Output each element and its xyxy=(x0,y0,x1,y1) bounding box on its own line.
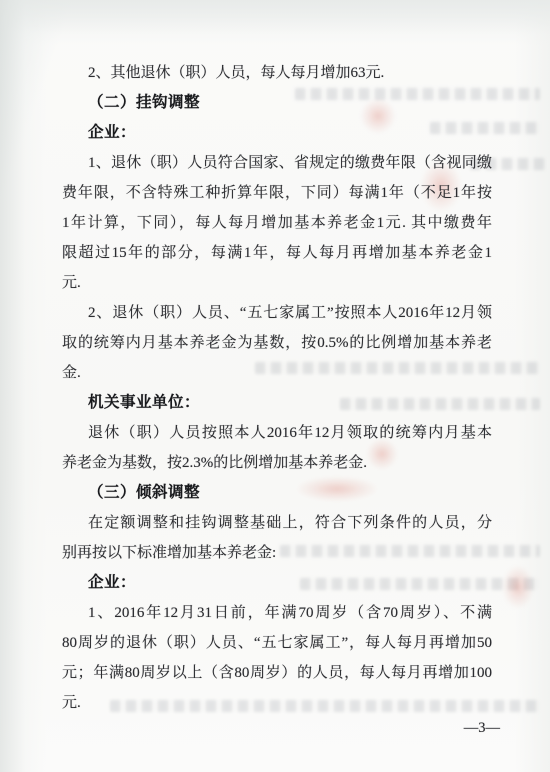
text-line: 取的统筹内月基本养老金为基数，按0.5%的比例增加基本养老 xyxy=(62,328,492,358)
section-heading: 机关事业单位： xyxy=(62,388,492,418)
scanned-document-page: 2、其他退休（职）人员，每人每月增加63元.（二）挂钩调整企业：1、退休（职）人… xyxy=(0,0,550,772)
text-line: 养老金为基数，按2.3%的比例增加基本养老金. xyxy=(62,448,492,478)
scan-shadow-left xyxy=(0,0,46,772)
text-line: 1年计算，下同），每人每月增加基本养老金1元. 其中缴费年 xyxy=(62,208,492,238)
text-line: 别再按以下标准增加基本养老金: xyxy=(62,538,492,568)
text-line: 限超过15年的部分，每满1年，每人每月再增加基本养老金1 xyxy=(62,238,492,268)
text-line: 2、退休（职）人员、“五七家属工”按照本人2016年12月领 xyxy=(62,298,492,328)
text-line: 退休（职）人员按照本人2016年12月领取的统筹内月基本 xyxy=(62,418,492,448)
text-line: 元；年满80周岁以上（含80周岁）的人员，每人每月再增加100 xyxy=(62,658,492,688)
section-heading: （二）挂钩调整 xyxy=(62,88,492,118)
section-heading: 企业： xyxy=(62,118,492,148)
scan-shadow-top xyxy=(0,0,550,34)
text-line: 2、其他退休（职）人员，每人每月增加63元. xyxy=(62,58,492,88)
red-smudge-artifact xyxy=(502,565,534,609)
text-line: 80周岁的退休（职）人员、“五七家属工”，每人每月再增加50 xyxy=(62,628,492,658)
section-heading: 企业： xyxy=(62,568,492,598)
text-block: 2、其他退休（职）人员，每人每月增加63元.（二）挂钩调整企业：1、退休（职）人… xyxy=(62,58,492,718)
text-line: 费年限，不含特殊工种折算年限，下同）每满1年（不足1年按 xyxy=(62,178,492,208)
text-line: 1、退休（职）人员符合国家、省规定的缴费年限（含视同缴 xyxy=(62,148,492,178)
section-heading: （三）倾斜调整 xyxy=(62,478,492,508)
text-line: 元. xyxy=(62,268,492,298)
text-line: 1、2016年12月31日前，年满70周岁（含70周岁）、不满 xyxy=(62,598,492,628)
page-number: —3— xyxy=(464,716,500,740)
text-line: 在定额调整和挂钩调整基础上，符合下列条件的人员，分 xyxy=(62,508,492,538)
text-line: 金. xyxy=(62,358,492,388)
text-line: 元. xyxy=(62,688,492,718)
